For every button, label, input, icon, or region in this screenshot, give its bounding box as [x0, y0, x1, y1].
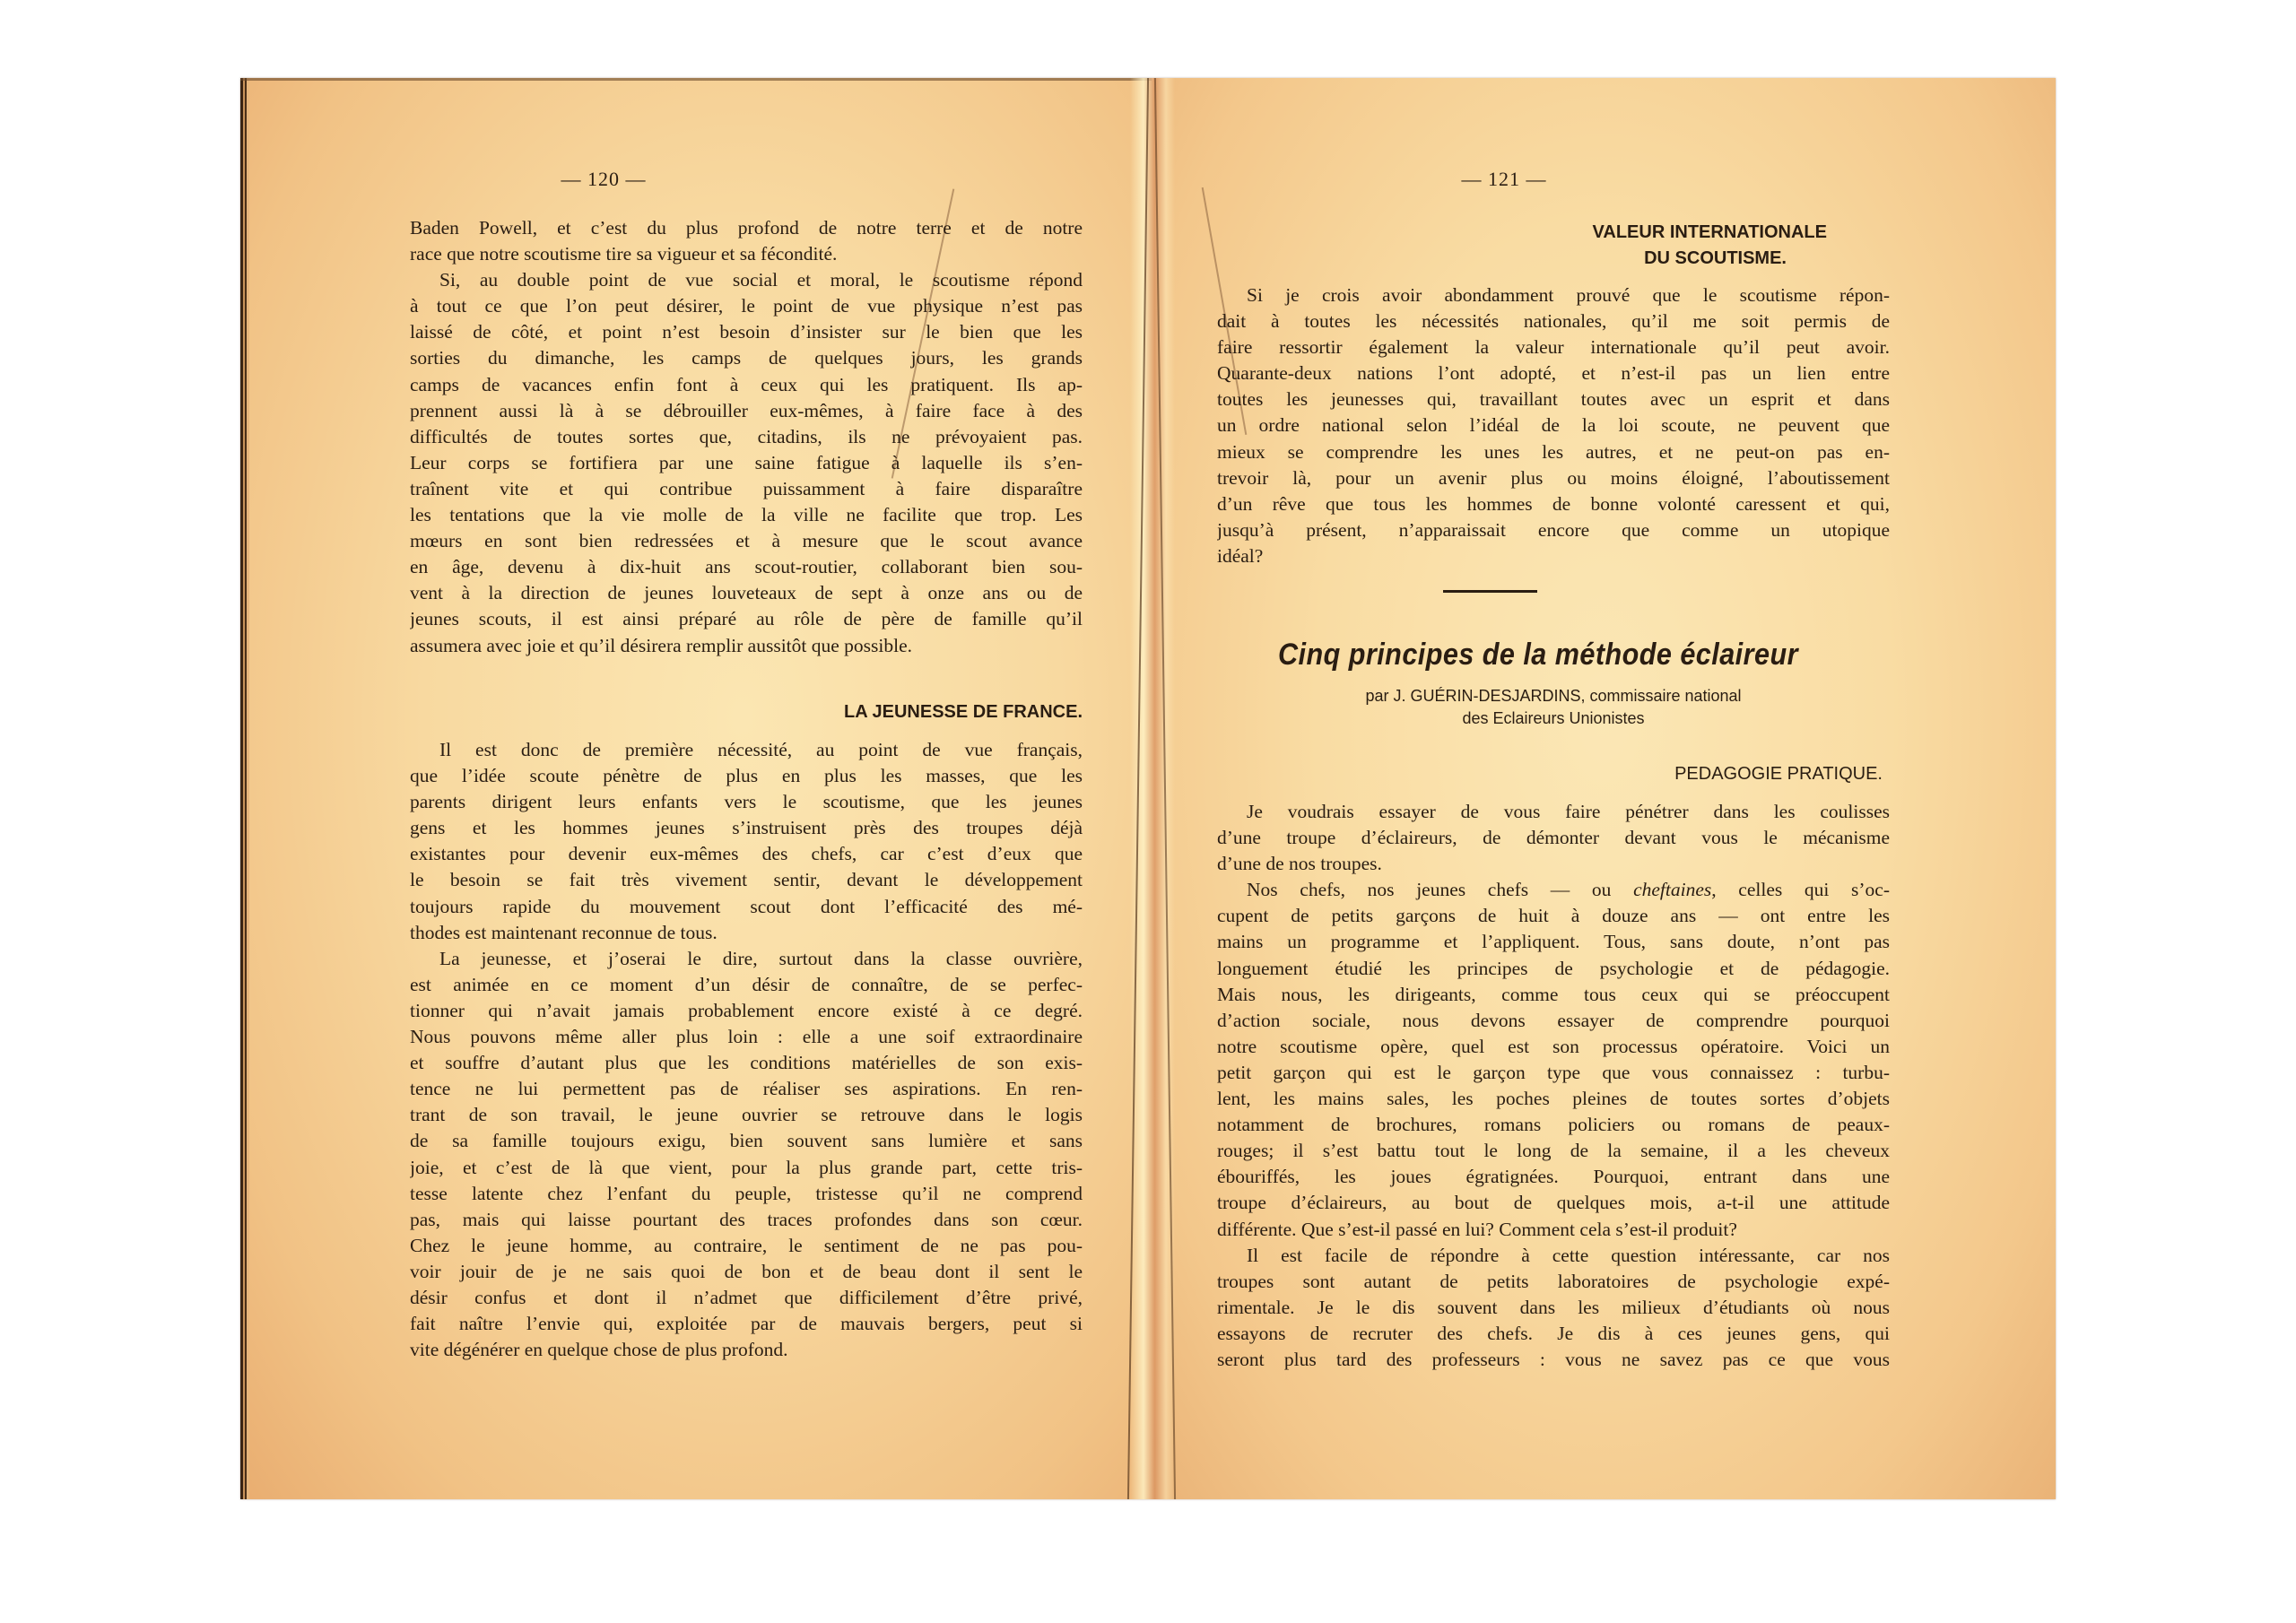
section-heading-line1: VALEUR INTERNATIONALE	[1217, 220, 1890, 246]
text-line: seront plus tard des professeurs : vous …	[1217, 1347, 1890, 1373]
text-line: différente. Que s’est-il passé en lui? C…	[1217, 1217, 1890, 1243]
text-line: toutes les jeunesses qui, travaillant to…	[1217, 386, 1890, 412]
text-line: pas, mais qui laisse pourtant des traces…	[410, 1207, 1083, 1233]
article-byline-affiliation: des Eclaireurs Unionistes	[1217, 709, 1890, 728]
text-line: Baden Powell, et c’est du plus profond d…	[410, 215, 1083, 241]
text-line: thodes est maintenant reconnue de tous.	[410, 920, 1083, 946]
section-heading-line2: DU SCOUTISME.	[1217, 246, 1890, 272]
text-line: ébouriffés, les joues égratignées. Pourq…	[1217, 1164, 1890, 1190]
book-scan: — 120 — Baden Powell, et c’est du plus p…	[240, 78, 2056, 1499]
text-line: Je voudrais essayer de vous faire pénétr…	[1217, 799, 1890, 825]
text-line: race que notre scoutisme tire sa vigueur…	[410, 241, 1083, 267]
text-line: tionner qui n’avait jamais probablement …	[410, 998, 1083, 1024]
text-line: les tentations que la vie molle de la vi…	[410, 502, 1083, 528]
body-text-block: Si je crois avoir abondamment prouvé que…	[1217, 282, 1890, 569]
text-line: lent, les mains sales, les poches pleine…	[1217, 1086, 1890, 1112]
text-line: gens et les hommes jeunes s’instruisent …	[410, 815, 1083, 841]
text-line: Il est donc de première nécessité, au po…	[410, 737, 1083, 763]
text-line: troupe d’éclaireurs, au bout de quelques…	[1217, 1190, 1890, 1216]
text-line: d’un rêve que tous les hommes de bonne v…	[1217, 491, 1890, 517]
text-line: Si je crois avoir abondamment prouvé que…	[1217, 282, 1890, 308]
text-line: trant de son travail, le jeune ouvrier s…	[410, 1102, 1083, 1128]
text-line: existantes pour devenir eux-mêmes des ch…	[410, 841, 1083, 867]
text-line: Nos chefs, nos jeunes chefs — ou cheftai…	[1217, 877, 1890, 903]
article-title: Cinq principes de la méthode éclaireur	[1278, 638, 1798, 673]
text-line: en âge, devenu à dix-huit ans scout-rout…	[410, 554, 1083, 580]
text-line: essayons de recruter des chefs. Je dis à…	[1217, 1321, 1890, 1347]
section-divider	[1443, 590, 1537, 593]
left-page: — 120 — Baden Powell, et c’est du plus p…	[240, 78, 1152, 1499]
text-line: Quarante-deux nations l’ont adopté, et n…	[1217, 360, 1890, 386]
page-edge	[240, 78, 249, 1499]
text-line: mieux se comprendre les unes les autres,…	[1217, 439, 1890, 465]
text-line: jusqu’à présent, n’apparaissait encore q…	[1217, 517, 1890, 543]
text-line: rimentale. Je le dis souvent dans les mi…	[1217, 1295, 1890, 1321]
article-byline: par J. GUÉRIN-DESJARDINS, commissaire na…	[1217, 687, 1890, 706]
text-line: à tout ce que l’on peut désirer, le poin…	[410, 293, 1083, 319]
text-line: Chez le jeune homme, au contraire, le se…	[410, 1233, 1083, 1259]
text-line: idéal?	[1217, 543, 1890, 569]
text-line: La jeunesse, et j’oserai le dire, surtou…	[410, 946, 1083, 972]
text-line: de sa famille toujours exigu, bien souve…	[410, 1128, 1083, 1154]
body-text-block: Baden Powell, et c’est du plus profond d…	[410, 215, 1083, 659]
text-line: notamment de brochures, romans policiers…	[1217, 1112, 1890, 1138]
text-line: mains un programme et l’appliquent. Tous…	[1217, 929, 1890, 955]
text-line: parents dirigent leurs enfants vers le s…	[410, 789, 1083, 815]
text-line: laissé de côté, et point n’est besoin d’…	[410, 319, 1083, 345]
text-line: vite dégénérer en quelque chose de plus …	[410, 1337, 1083, 1363]
text-line: le besoin se fait très vivement sentir, …	[410, 867, 1083, 893]
text-line: toujours rapide du mouvement scout dont …	[410, 894, 1083, 920]
text-line: Si, au double point de vue social et mor…	[410, 267, 1083, 293]
text-line: troupes sont autant de petits laboratoir…	[1217, 1269, 1890, 1295]
page-number: — 121 —	[1414, 168, 1594, 191]
text-line: notre scoutisme opère, quel est son proc…	[1217, 1034, 1890, 1060]
text-line: mœurs en sont bien redressées et à mesur…	[410, 528, 1083, 554]
text-line: cupent de petits garçons de huit à douze…	[1217, 903, 1890, 929]
text-line: assumera avec joie et qu’il désirera rem…	[410, 633, 1083, 659]
text-line: prennent aussi là à se débrouiller eux-m…	[410, 398, 1083, 424]
text-line: tence ne lui permettent pas de réaliser …	[410, 1076, 1083, 1102]
text-line: Il est facile de répondre à cette questi…	[1217, 1243, 1890, 1269]
text-line: petit garçon qui est le garçon type que …	[1217, 1060, 1890, 1086]
text-line: et souffre d’autant plus que les conditi…	[410, 1050, 1083, 1076]
text-line: d’une troupe d’éclaireurs, de démonter d…	[1217, 825, 1890, 851]
text-line: fait naître l’envie qui, exploitée par d…	[410, 1311, 1083, 1337]
text-line: sorties du dimanche, les camps de quelqu…	[410, 345, 1083, 371]
text-line: vent à la direction de jeunes louveteaux…	[410, 580, 1083, 606]
text-line: d’une de nos troupes.	[1217, 851, 1890, 877]
text-line: jeunes scouts, il est ainsi préparé au r…	[410, 606, 1083, 632]
section-heading: LA JEUNESSE DE FRANCE.	[410, 699, 1118, 725]
text-line: Leur corps se fortifiera par une saine f…	[410, 450, 1083, 476]
text-line: rouges; il s’est battu tout le long de l…	[1217, 1138, 1890, 1164]
text-line: d’action sociale, nous devons essayer de…	[1217, 1008, 1890, 1034]
text-line: joie, et c’est de là que vient, pour la …	[410, 1155, 1083, 1181]
body-text-block: Il est donc de première nécessité, au po…	[410, 737, 1083, 1363]
text-line: longuement étudié les principes de psych…	[1217, 956, 1890, 982]
text-line: est animée en ce moment d’un désir de co…	[410, 972, 1083, 998]
text-line: camps de vacances enfin font à ceux qui …	[410, 372, 1083, 398]
text-line: Mais nous, les dirigeants, comme tous ce…	[1217, 982, 1890, 1008]
text-line: faire ressortir également la valeur inte…	[1217, 334, 1890, 360]
subsection-heading: PEDAGOGIE PRATIQUE.	[1217, 761, 1890, 787]
text-line: désir confus et dont il n’admet que diff…	[410, 1285, 1083, 1311]
text-line: un ordre national selon l’idéal de la lo…	[1217, 412, 1890, 438]
page-number: — 120 —	[514, 168, 693, 191]
text-line: Nous pouvons même aller plus loin : elle…	[410, 1024, 1083, 1050]
right-page: — 121 — VALEUR INTERNATIONALE DU SCOUTIS…	[1152, 78, 2056, 1499]
page-top-edge	[240, 78, 1152, 81]
text-line: que l’idée scoute pénètre de plus en plu…	[410, 763, 1083, 789]
text-line: traînent vite et qui contribue puissamme…	[410, 476, 1083, 502]
text-line: dait à toutes les nécessités nationales,…	[1217, 308, 1890, 334]
body-text-block: Je voudrais essayer de vous faire pénétr…	[1217, 799, 1890, 1373]
text-line: trevoir là, pour un avenir plus ou moins…	[1217, 465, 1890, 491]
text-line: difficultés de toutes sortes que, citadi…	[410, 424, 1083, 450]
text-line: voir jouir de je ne sais quoi de bon et …	[410, 1259, 1083, 1285]
text-line: tesse latente chez l’enfant du peuple, t…	[410, 1181, 1083, 1207]
